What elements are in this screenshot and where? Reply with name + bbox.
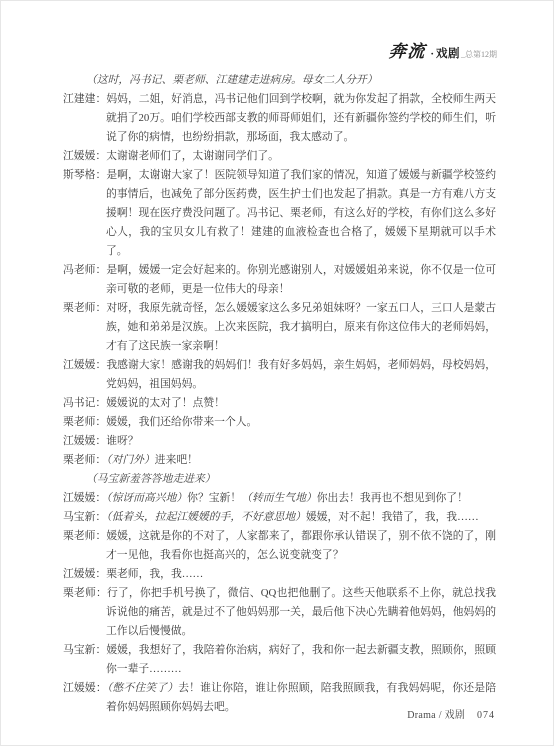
journal-logo: 奔流 (388, 37, 427, 62)
dialogue-text: 太谢谢老师们了，太谢谢同学们了。 (106, 150, 279, 162)
parenthetical-text: （转而生气地） (241, 492, 317, 504)
dialogue-text: 我感谢大家！感谢我的妈妈们！我有好多妈妈，亲生妈妈，老师妈妈，母校妈妈，党妈妈，… (106, 359, 496, 390)
dialogue-line: 江媛媛：栗老师，我，我…… (63, 565, 496, 584)
dialogue-text: 对呀，我原先就奇怪，怎么媛媛家这么多兄弟姐妹呀？一家五口人，三口人是蒙古族，她和… (106, 302, 496, 352)
dialogue-line: 栗老师：媛媛，这就是你的不对了，人家都来了，都跟你承认错误了，别不依不饶的了，刚… (63, 527, 496, 565)
stage-direction: （这时，冯书记、栗老师、江建建走进病房。母女二人分开） (63, 71, 496, 90)
dialogue-line: 马宝新：媛媛，我想好了，我陪着你治病，病好了，我和你一起去新疆支教，照顾你，照顾… (63, 641, 496, 679)
dialogue-line: 江媛媛：谁呀？ (63, 432, 496, 451)
dialogue-text: 妈妈，二姐，好消息，冯书记他们回到学校啊，就为你发起了捐款，全校师生两天就捐了2… (106, 93, 496, 143)
parenthetical-text: （低着头，拉起江媛媛的手，不好意思地） (106, 511, 306, 523)
speaker-name: 栗老师： (63, 454, 106, 466)
speaker-name: 马宝新： (63, 644, 106, 656)
dialogue-line: 江媛媛：太谢谢老师们了，太谢谢同学们了。 (63, 147, 496, 166)
parenthetical-text: （马宝新羞答答地走进来） (86, 473, 216, 485)
speaker-name: 江媛媛： (63, 435, 106, 447)
script-body: （这时，冯书记、栗老师、江建建走进病房。母女二人分开）江建建：妈妈，二姐，好消息… (63, 71, 496, 717)
dialogue-text: 你出去！我再也不想见到你了！ (317, 492, 468, 504)
page-number: 074 (477, 710, 495, 721)
parenthetical-text: （惊讶而高兴地） (106, 492, 187, 504)
dialogue-line: 江建建：妈妈，二姐，好消息，冯书记他们回到学校啊，就为你发起了捐款，全校师生两天… (63, 90, 496, 147)
dialogue-line: 栗老师：（对门外）进来吧！ (63, 451, 496, 470)
dialogue-text: 进来吧！ (155, 454, 198, 466)
footer-section-label: Drama / 戏剧 (407, 710, 465, 721)
dialogue-line: 栗老师：对呀，我原先就奇怪，怎么媛媛家这么多兄弟姐妹呀？一家五口人，三口人是蒙古… (63, 299, 496, 356)
dialogue-text: 媛媛，我们还给你带来一个人。 (106, 416, 257, 428)
section-title: 戏剧 (436, 45, 460, 61)
dialogue-text: 谁呀？ (106, 435, 138, 447)
parenthetical-text: （憋不住笑了） (107, 682, 178, 694)
parenthetical-text: （对门外） (106, 454, 155, 466)
dialogue-text: 行了，你把手机号换了，微信、QQ也把他删了。这些天他联系不上你，就总找我诉说他的… (106, 587, 496, 637)
dialogue-line: 栗老师：行了，你把手机号换了，微信、QQ也把他删了。这些天他联系不上你，就总找我… (63, 584, 496, 641)
speaker-name: 江媛媛： (63, 492, 106, 504)
speaker-name: 马宝新： (63, 511, 106, 523)
speaker-name: 栗老师： (63, 530, 106, 542)
speaker-name: 江媛媛： (63, 682, 107, 694)
speaker-name: 栗老师： (63, 302, 106, 314)
page-header: 奔流 · 戏剧 _总第12期 (389, 37, 497, 62)
speaker-name: 江媛媛： (63, 568, 106, 580)
dialogue-text: 是啊，太谢谢大家了！医院领导知道了我们家的情况，知道了媛媛与新疆学校签约的事情后… (106, 169, 496, 257)
dialogue-text: 是啊，媛媛一定会好起来的。你别光感谢别人，对媛媛姐弟来说，你不仅是一位可亲可敬的… (106, 264, 496, 295)
dialogue-text: 你？宝新！ (187, 492, 241, 504)
dialogue-line: 冯老师：是啊，媛媛一定会好起来的。你别光感谢别人，对媛媛姐弟来说，你不仅是一位可… (63, 261, 496, 299)
speaker-name: 江建建： (63, 93, 106, 105)
dialogue-line: 栗老师：媛媛，我们还给你带来一个人。 (63, 413, 496, 432)
dialogue-text: 媛媛，对不起！我错了，我，我…… (306, 511, 479, 523)
speaker-name: 冯老师： (63, 264, 106, 276)
magazine-page: 奔流 · 戏剧 _总第12期 （这时，冯书记、栗老师、江建建走进病房。母女二人分… (0, 0, 554, 746)
dialogue-line: 江媛媛：我感谢大家！感谢我的妈妈们！我有好多妈妈，亲生妈妈，老师妈妈，母校妈妈，… (63, 356, 496, 394)
page-footer: Drama / 戏剧 074 (407, 706, 495, 721)
dialogue-line: 斯琴格：是啊，太谢谢大家了！医院领导知道了我们家的情况，知道了媛媛与新疆学校签约… (63, 166, 496, 261)
speaker-name: 江媛媛： (63, 359, 106, 371)
dialogue-line: 冯书记：媛媛说的太对了！点赞！ (63, 394, 496, 413)
speaker-name: 栗老师： (63, 416, 106, 428)
dialogue-line: 江媛媛：（惊讶而高兴地）你？宝新！（转而生气地）你出去！我再也不想见到你了！ (63, 489, 496, 508)
dialogue-text: 媛媛，我想好了，我陪着你治病，病好了，我和你一起去新疆支教，照顾你，照顾你一辈子… (106, 644, 496, 675)
speaker-name: 冯书记： (63, 397, 106, 409)
dialogue-text: 媛媛，这就是你的不对了，人家都来了，都跟你承认错误了，别不依不饶的了，刚才一见他… (106, 530, 496, 561)
stage-direction: （马宝新羞答答地走进来） (63, 470, 496, 489)
logo-separator: · (430, 48, 434, 60)
issue-number: _总第12期 (461, 49, 497, 60)
dialogue-text: 媛媛说的太对了！点赞！ (106, 397, 225, 409)
speaker-name: 栗老师： (63, 587, 107, 599)
dialogue-line: 马宝新：（低着头，拉起江媛媛的手，不好意思地）媛媛，对不起！我错了，我，我…… (63, 508, 496, 527)
dialogue-text: 栗老师，我，我…… (106, 568, 203, 580)
parenthetical-text: （这时，冯书记、栗老师、江建建走进病房。母女二人分开） (86, 74, 378, 86)
speaker-name: 斯琴格： (63, 169, 106, 181)
speaker-name: 江媛媛： (63, 150, 106, 162)
